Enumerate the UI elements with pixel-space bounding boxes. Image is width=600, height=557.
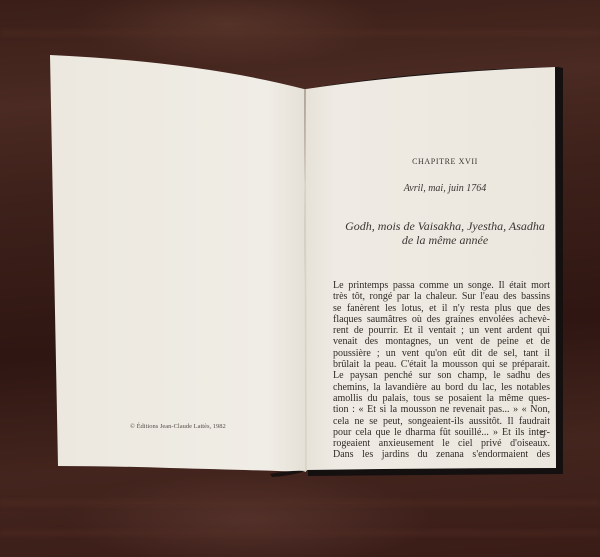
chapter-label: CHAPITRE XVII <box>330 157 560 166</box>
body-line: pour cela que le dharma fût souillé... »… <box>333 427 550 438</box>
chapter-body-text: Le printemps passa comme un songe. Il ét… <box>333 280 550 461</box>
body-line: Dans les jardins du zenana s'endormaient… <box>333 449 550 460</box>
body-line: très tôt, rongé par la chaleur. Sur l'ea… <box>333 291 550 302</box>
body-line: se fanèrent les lotus, et il n'y resta p… <box>333 303 550 314</box>
body-line: brûlait la peau. C'était la mousson qui … <box>333 359 550 370</box>
body-line: chemins, la lavandière au bord du lac, l… <box>333 382 550 393</box>
body-line: poussière ; un vent qu'on eût dit de sel… <box>333 348 550 359</box>
body-line: rogeaient anxieusement le ciel privé d'o… <box>333 438 550 449</box>
spine-gutter <box>305 89 306 471</box>
subtitle-line: de la même année <box>330 233 560 247</box>
open-book <box>0 0 600 557</box>
body-line: Le paysan penché sur son champ, le sadhu… <box>333 370 550 381</box>
body-line: Le printemps passa comme un songe. Il ét… <box>333 280 550 291</box>
spine-shadow <box>270 471 306 477</box>
page-number: 5 <box>540 430 545 441</box>
body-line: cela ne se peut, songeaient-ils aussitôt… <box>333 416 550 427</box>
body-line: rent de pourrir. Et il ventait ; un vent… <box>333 325 550 336</box>
left-page <box>50 55 306 472</box>
subtitle-line: Godh, mois de Vaisakha, Jyestha, Asadha <box>330 219 560 233</box>
body-line: amollis du palais, tous se posaient la m… <box>333 393 550 404</box>
chapter-subtitle: Godh, mois de Vaisakha, Jyestha, Asadha … <box>330 219 560 247</box>
chapter-date: Avril, mai, juin 1764 <box>330 183 560 194</box>
copyright-notice: © Éditions Jean-Claude Lattès, 1982 <box>130 423 226 430</box>
body-line: venait des montagnes, un vent de peine e… <box>333 336 550 347</box>
body-line: tion : « Et si la mousson ne revenait pa… <box>333 404 550 415</box>
body-line: flaques saumâtres où des graines envolée… <box>333 314 550 325</box>
